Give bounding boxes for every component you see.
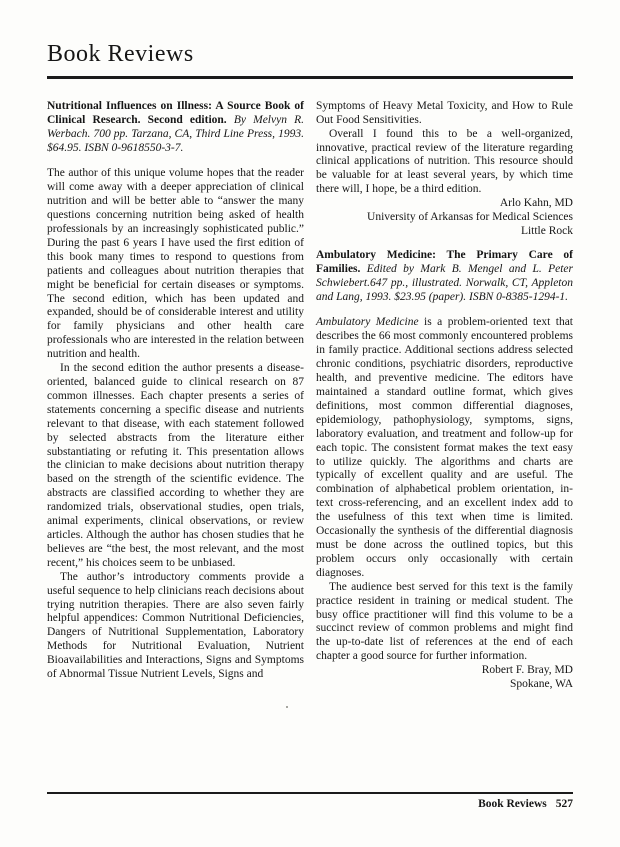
left-column: Nutritional Influences on Illness: A Sou… (47, 100, 304, 692)
review-1-paragraph-continuation: Symptoms of Heavy Metal Toxicity, and Ho… (316, 100, 573, 128)
reviewer-affiliation: University of Arkansas for Medical Scien… (316, 211, 573, 225)
review-1-heading: Nutritional Influences on Illness: A Sou… (47, 100, 304, 156)
book-title-reference: Ambulatory Medicine (316, 316, 419, 328)
review-1-paragraph: In the second edition the author present… (47, 362, 304, 571)
two-column-body: Nutritional Influences on Illness: A Sou… (47, 100, 573, 692)
review-2-paragraph-text: is a problem-oriented text that describe… (316, 316, 573, 578)
review-2-signature: Robert F. Bray, MD Spokane, WA (316, 664, 573, 692)
reviewer-name: Arlo Kahn, MD (316, 197, 573, 211)
review-1-paragraph: Overall I found this to be a well-organi… (316, 128, 573, 198)
book-reviews-page: Book Reviews Nutritional Influences on I… (0, 0, 620, 847)
page-number: 527 (556, 798, 573, 810)
review-2-heading: Ambulatory Medicine: The Primary Care of… (316, 249, 573, 305)
page-title: Book Reviews (47, 40, 573, 69)
footer-divider (47, 792, 573, 794)
footer-section-label: Book Reviews (478, 798, 547, 810)
review-1-signature: Arlo Kahn, MD University of Arkansas for… (316, 197, 573, 239)
review-1-paragraph: The author’s introductory comments provi… (47, 571, 304, 682)
page-footer: Book Reviews527 (47, 792, 573, 810)
footer-text: Book Reviews527 (47, 798, 573, 810)
reviewer-location: Spokane, WA (316, 678, 573, 692)
header-divider (47, 76, 573, 79)
right-column: Symptoms of Heavy Metal Toxicity, and Ho… (316, 100, 573, 692)
scan-artifact (286, 706, 288, 708)
review-1-paragraph: The author of this unique volume hopes t… (47, 167, 304, 362)
review-2-paragraph: The audience best served for this text i… (316, 581, 573, 664)
review-2-paragraph: Ambulatory Medicine is a problem-oriente… (316, 316, 573, 580)
reviewer-name: Robert F. Bray, MD (316, 664, 573, 678)
reviewer-location: Little Rock (316, 225, 573, 239)
